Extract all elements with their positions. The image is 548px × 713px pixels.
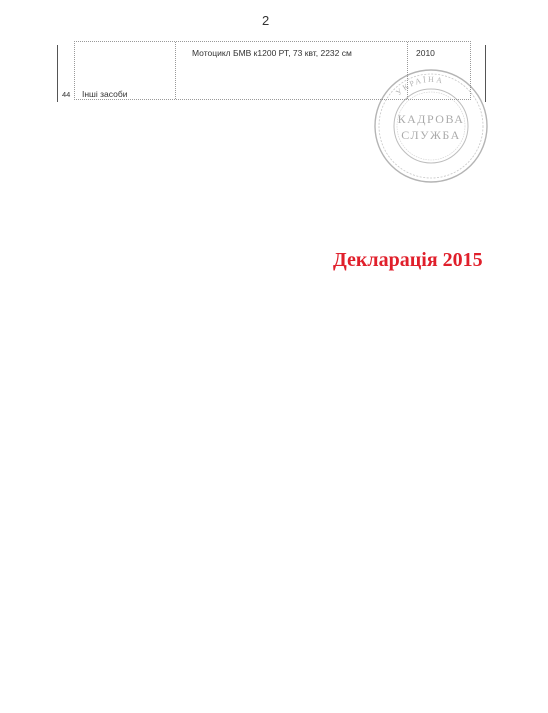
page-number: 2 xyxy=(262,13,269,28)
row-number: 44 xyxy=(62,90,70,99)
official-seal-icon: УКРАЇНА КАДРОВА СЛУЖБА xyxy=(373,68,489,184)
outer-border-left xyxy=(57,45,58,102)
stamp-text-line-1: КАДРОВА xyxy=(398,112,465,126)
row-category: Інші засоби xyxy=(82,89,127,99)
vehicle-description: Мотоцикл БМВ к1200 РТ, 73 квт, 2232 см xyxy=(192,48,352,58)
stamp-text-line-2: СЛУЖБА xyxy=(401,128,461,142)
vehicle-year: 2010 xyxy=(416,48,435,58)
declaration-caption: Декларація 2015 xyxy=(333,249,483,272)
cell-divider xyxy=(175,42,176,99)
